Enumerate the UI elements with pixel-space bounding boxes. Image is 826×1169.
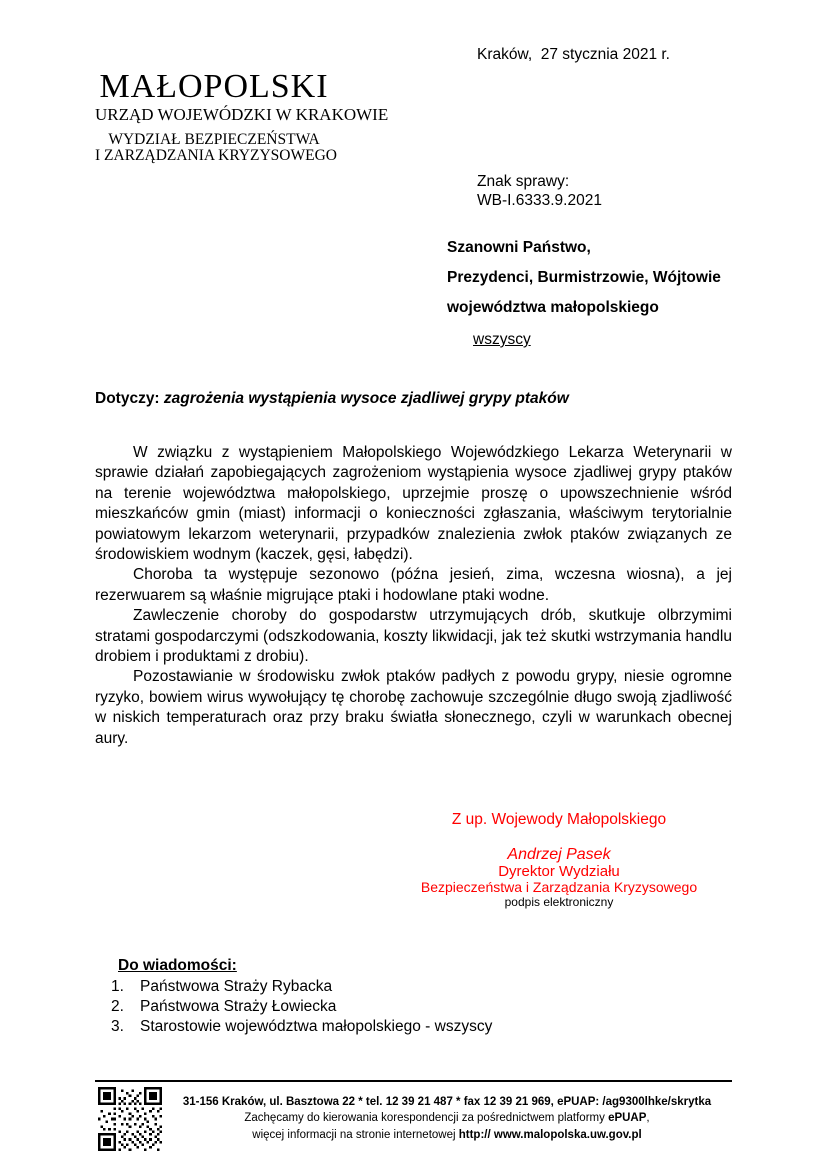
subject-text: zagrożenia wystąpienia wysoce zjadliwej … — [164, 390, 569, 407]
body-paragraph: Pozostawianie w środowisku zwłok ptaków … — [95, 667, 732, 749]
list-item: 3. Starostowie województwa małopolskiego… — [111, 1017, 492, 1037]
list-item-text: Państwowa Straży Rybacka — [140, 977, 332, 997]
addressee-line: województwa małopolskiego — [447, 298, 721, 318]
body-paragraph: W związku z wystąpieniem Małopolskiego W… — [95, 443, 732, 565]
list-item-text: Starostowie województwa małopolskiego - … — [140, 1017, 492, 1037]
date-line: Kraków, 27 stycznia 2021 r. — [477, 46, 670, 64]
footer: 31-156 Kraków, ul. Basztowa 22 * tel. 12… — [95, 1087, 732, 1151]
subject-label: Dotyczy: — [95, 390, 160, 407]
case-reference: Znak sprawy: WB-I.6333.9.2021 — [477, 172, 602, 210]
signer-title-line-1: Dyrektor Wydziału — [408, 864, 710, 880]
list-item: 1. Państwowa Straży Rybacka — [111, 977, 492, 997]
signature-spacer — [408, 830, 710, 846]
case-reference-number: WB-I.6333.9.2021 — [477, 191, 602, 210]
department-line-2: I ZARZĄDZANIA KRYZYSOWEGO — [95, 148, 333, 164]
body-paragraph: Zawleczenie choroby do gospodarstw utrzy… — [95, 606, 732, 667]
letter-page: Kraków, 27 stycznia 2021 r. MAŁOPOLSKI U… — [0, 0, 826, 1169]
list-item-text: Państwowa Straży Łowiecka — [140, 997, 336, 1017]
footer-epuap-line: Zachęcamy do kierowania korespondencji z… — [162, 1110, 732, 1126]
list-item-number: 3. — [111, 1017, 140, 1037]
footer-website-text: więcej informacji na stronie internetowe… — [252, 1129, 458, 1141]
footer-epuap-bold: ePUAP — [608, 1112, 646, 1124]
subject-line: Dotyczy: zagrożenia wystąpienia wysoce z… — [95, 390, 569, 408]
signer-name: Andrzej Pasek — [408, 846, 710, 864]
signature-authority: Z up. Wojewody Małopolskiego — [408, 810, 710, 830]
addressee-scope: wszyscy — [473, 331, 531, 349]
signer-title-line-2: Bezpieczeństwa i Zarządzania Kryzysowego — [408, 880, 710, 895]
org-name: MAŁOPOLSKI — [95, 70, 333, 104]
footer-contact-info: 31-156 Kraków, ul. Basztowa 22 * tel. 12… — [162, 1087, 732, 1143]
body-paragraph: Choroba ta występuje sezonowo (późna jes… — [95, 565, 732, 606]
electronic-signature-note: podpis elektroniczny — [408, 895, 710, 910]
department-line-1: WYDZIAŁ BEZPIECZEŃSTWA — [95, 132, 333, 148]
distribution-heading: Do wiadomości: — [118, 956, 492, 976]
addressee-block: Szanowni Państwo, Prezydenci, Burmistrzo… — [447, 238, 721, 349]
signature-block: Z up. Wojewody Małopolskiego Andrzej Pas… — [408, 810, 710, 910]
list-item-number: 2. — [111, 997, 140, 1017]
addressee-line: Prezydenci, Burmistrzowie, Wójtowie — [447, 268, 721, 288]
footer-divider — [95, 1080, 732, 1082]
footer-website-line: więcej informacji na stronie internetowe… — [162, 1127, 732, 1143]
footer-epuap-text: Zachęcamy do kierowania korespondencji z… — [244, 1112, 608, 1124]
letter-body: W związku z wystąpieniem Małopolskiego W… — [95, 443, 732, 749]
qr-code-icon — [98, 1087, 162, 1151]
footer-website-url: http:// www.malopolska.uw.gov.pl — [459, 1129, 642, 1141]
distribution-list: Do wiadomości: 1. Państwowa Straży Rybac… — [111, 956, 492, 1037]
footer-address-line: 31-156 Kraków, ul. Basztowa 22 * tel. 12… — [162, 1094, 732, 1110]
org-subtitle: URZĄD WOJEWÓDZKI W KRAKOWIE — [95, 105, 333, 125]
list-item: 2. Państwowa Straży Łowiecka — [111, 997, 492, 1017]
case-reference-label: Znak sprawy: — [477, 172, 602, 191]
letterhead: MAŁOPOLSKI URZĄD WOJEWÓDZKI W KRAKOWIE W… — [95, 70, 333, 164]
footer-epuap-suffix: , — [646, 1112, 649, 1124]
addressee-line: Szanowni Państwo, — [447, 238, 721, 258]
list-item-number: 1. — [111, 977, 140, 997]
